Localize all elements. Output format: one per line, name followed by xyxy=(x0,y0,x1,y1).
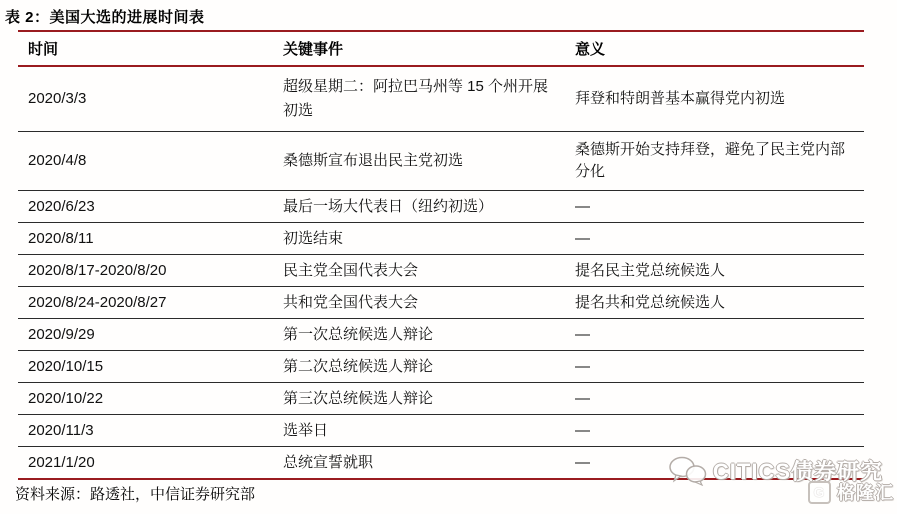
header-significance: 意义 xyxy=(565,31,864,66)
gelonghui-logo-icon: G xyxy=(808,481,831,504)
table-row: 2020/8/17-2020/8/20民主党全国代表大会提名民主党总统候选人 xyxy=(18,255,864,287)
table-row: 2020/10/22第三次总统候选人辩论— xyxy=(18,383,864,415)
cell-significance: — xyxy=(565,351,864,383)
cell-event: 桑德斯宣布退出民主党初选 xyxy=(273,132,565,191)
cell-significance: — xyxy=(565,415,864,447)
cell-time: 2020/4/8 xyxy=(18,132,273,191)
header-time: 时间 xyxy=(18,31,273,66)
table-body: 2020/3/3超级星期二：阿拉巴马州等 15 个州开展初选拜登和特朗普基本赢得… xyxy=(18,66,864,479)
data-source-note: 资料来源：路透社，中信证券研究部 xyxy=(15,483,255,504)
table-header: 时间 关键事件 意义 xyxy=(18,31,864,66)
cell-time: 2021/1/20 xyxy=(18,447,273,480)
cell-significance: 桑德斯开始支持拜登，避免了民主党内部分化 xyxy=(565,132,864,191)
cell-time: 2020/11/3 xyxy=(18,415,273,447)
cell-significance: 拜登和特朗普基本赢得党内初选 xyxy=(565,66,864,132)
table-row: 2020/6/23最后一场大代表日（纽约初选）— xyxy=(18,191,864,223)
table-row: 2020/8/24-2020/8/27共和党全国代表大会提名共和党总统候选人 xyxy=(18,287,864,319)
cell-event: 第三次总统候选人辩论 xyxy=(273,383,565,415)
cell-significance: 提名共和党总统候选人 xyxy=(565,287,864,319)
election-timeline-table: 时间 关键事件 意义 2020/3/3超级星期二：阿拉巴马州等 15 个州开展初… xyxy=(18,30,864,480)
cell-time: 2020/8/24-2020/8/27 xyxy=(18,287,273,319)
cell-significance: — xyxy=(565,319,864,351)
cell-event: 初选结束 xyxy=(273,223,565,255)
cell-time: 2020/8/17-2020/8/20 xyxy=(18,255,273,287)
cell-event: 选举日 xyxy=(273,415,565,447)
report-table-page: 表 2：美国大选的进展时间表 时间 关键事件 意义 2020/3/3超级星期二：… xyxy=(0,0,897,514)
table-row: 2020/8/11初选结束— xyxy=(18,223,864,255)
table-row: 2020/9/29第一次总统候选人辩论— xyxy=(18,319,864,351)
header-row: 时间 关键事件 意义 xyxy=(18,31,864,66)
table-row: 2020/10/15第二次总统候选人辩论— xyxy=(18,351,864,383)
table-row: 2021/1/20总统宣誓就职— xyxy=(18,447,864,480)
cell-significance: — xyxy=(565,223,864,255)
table-row: 2020/3/3超级星期二：阿拉巴马州等 15 个州开展初选拜登和特朗普基本赢得… xyxy=(18,66,864,132)
cell-time: 2020/8/11 xyxy=(18,223,273,255)
table-title: 表 2：美国大选的进展时间表 xyxy=(5,6,205,27)
table-row: 2020/11/3选举日— xyxy=(18,415,864,447)
cell-time: 2020/10/15 xyxy=(18,351,273,383)
cell-time: 2020/3/3 xyxy=(18,66,273,132)
cell-event: 第二次总统候选人辩论 xyxy=(273,351,565,383)
cell-significance: — xyxy=(565,447,864,480)
cell-significance: — xyxy=(565,383,864,415)
cell-time: 2020/9/29 xyxy=(18,319,273,351)
cell-event: 最后一场大代表日（纽约初选） xyxy=(273,191,565,223)
cell-time: 2020/6/23 xyxy=(18,191,273,223)
table-row: 2020/4/8桑德斯宣布退出民主党初选桑德斯开始支持拜登，避免了民主党内部分化 xyxy=(18,132,864,191)
cell-event: 共和党全国代表大会 xyxy=(273,287,565,319)
cell-event: 总统宣誓就职 xyxy=(273,447,565,480)
gelonghui-watermark-label: 格隆汇 xyxy=(837,479,894,505)
cell-significance: 提名民主党总统候选人 xyxy=(565,255,864,287)
cell-event: 超级星期二：阿拉巴马州等 15 个州开展初选 xyxy=(273,66,565,132)
cell-event: 民主党全国代表大会 xyxy=(273,255,565,287)
cell-significance: — xyxy=(565,191,864,223)
cell-time: 2020/10/22 xyxy=(18,383,273,415)
gelonghui-watermark: G 格隆汇 xyxy=(808,479,894,505)
cell-event: 第一次总统候选人辩论 xyxy=(273,319,565,351)
header-key-event: 关键事件 xyxy=(273,31,565,66)
